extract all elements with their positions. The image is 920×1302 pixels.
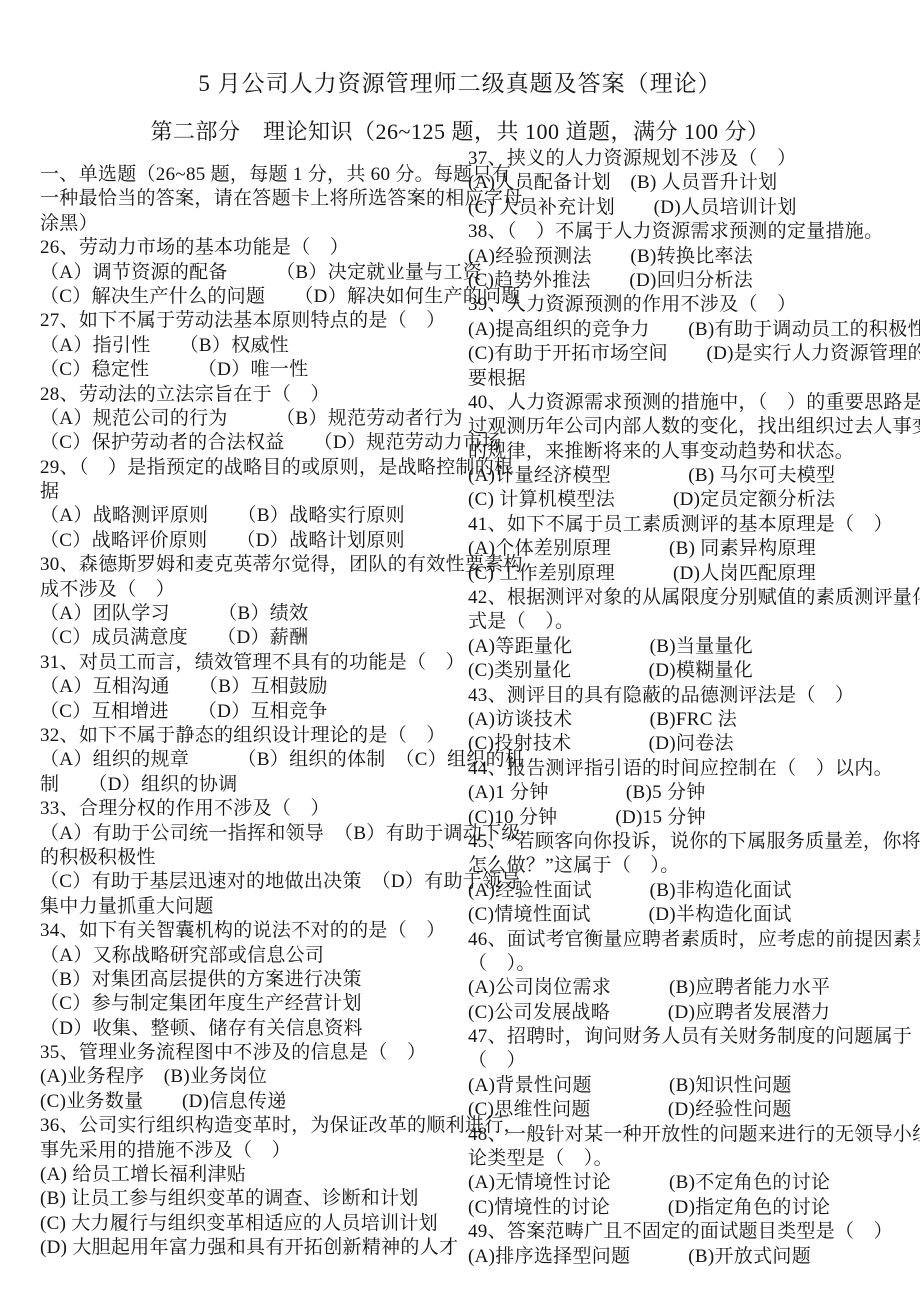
text-line: (A)提高组织的竞争力 (B)有助于调动员工的积极性 xyxy=(468,318,912,342)
text-line: (A)排序选择型问题 (B)开放式问题 xyxy=(468,1245,912,1269)
text-line: 29、（ ）是指预定的战略目的或原则，是战略控制的根 xyxy=(40,456,464,480)
text-line: 怎么做？”这属于（ ）。 xyxy=(468,854,912,878)
text-line: （A）指引性 （B）权威性 xyxy=(40,334,464,358)
text-line: 28、劳动法的立法宗旨在于（ ） xyxy=(40,383,464,407)
left-text-column: 一、单选题（26~85 题，每题 1 分，共 60 分。每题只有一种最恰当的答案… xyxy=(40,163,464,1261)
text-line: (C)投射技术 (D)问卷法 xyxy=(468,732,912,756)
text-line: 过观测历年公司内部人数的变化，找出组织过去人事变动 xyxy=(468,415,912,439)
text-line: (C)公司发展战略 (D)应聘者发展潜力 xyxy=(468,1001,912,1025)
text-line: (C)情境性的讨论 (D)指定角色的讨论 xyxy=(468,1196,912,1220)
text-line: 事先采用的措施不涉及（ ） xyxy=(40,1139,464,1163)
text-line: 涂黑） xyxy=(40,212,464,236)
text-line: (A)公司岗位需求 (B)应聘者能力水平 xyxy=(468,976,912,1000)
text-line: 论类型是（ ）。 xyxy=(468,1147,912,1171)
text-line: (C) 大力履行与组织变革相适应的人员培训计划 xyxy=(40,1212,464,1236)
text-line: （A）组织的规章 （B）组织的体制 （C）组织的机 xyxy=(40,748,464,772)
text-line: 34、如下有关智囊机构的说法不对的的是（ ） xyxy=(40,919,464,943)
text-line: (A)计量经济模型 (B) 马尔可夫模型 xyxy=(468,464,912,488)
text-line: （ ） xyxy=(468,1049,912,1073)
text-line: (A)经验预测法 (B)转换比率法 xyxy=(468,245,912,269)
text-line: 48、一般针对某一种开放性的问题来进行的无领导小组讨 xyxy=(468,1123,912,1147)
text-line: （A）调节资源的配备 （B）决定就业量与工资 xyxy=(40,261,464,285)
text-line: 一种最恰当的答案，请在答题卡上将所选答案的相应字母 xyxy=(40,187,464,211)
text-line: 31、对员工而言，绩效管理不具有的功能是（ ） xyxy=(40,651,464,675)
document-title: 5 月公司人力资源管理师二级真题及答案（理论） xyxy=(0,65,920,98)
exam-document-page: { "document": { "title": "5 月公司人力资源管理师二级… xyxy=(0,0,920,1302)
text-line: （C）保护劳动者的合法权益 （D）规范劳动力市场 xyxy=(40,431,464,455)
text-line: 37、挟义的人力资源规划不涉及（ ） xyxy=(468,147,912,171)
text-line: 44、报告测评指引语的时间应控制在（ ）以内。 xyxy=(468,757,912,781)
text-line: 36、公司实行组织构造变革时，为保证改革的顺利进行， xyxy=(40,1114,464,1138)
text-line: 集中力量抓重大问题 xyxy=(40,895,464,919)
text-line: (C)业务数量 (D)信息传递 xyxy=(40,1090,464,1114)
text-line: (A)访谈技术 (B)FRC 法 xyxy=(468,708,912,732)
document-subtitle: 第二部分 理论知识（26~125 题，共 100 道题，满分 100 分） xyxy=(0,115,920,146)
text-line: 47、招聘时，询问财务人员有关财务制度的问题属于 xyxy=(468,1025,912,1049)
text-line: （C）稳定性 （D）唯一性 xyxy=(40,358,464,382)
text-line: 要根据 xyxy=(468,367,912,391)
text-line: 41、如下不属于员工素质测评的基本原理是（ ） xyxy=(468,513,912,537)
text-line: （C）参与制定集团年度生产经营计划 xyxy=(40,992,464,1016)
text-line: 38、（ ）不属于人力资源需求预测的定量措施。 xyxy=(468,220,912,244)
text-line: 45、“若顾客向你投诉，说你的下属服务质量差，你将会 xyxy=(468,830,912,854)
text-line: (C)思维性问题 (D)经验性问题 xyxy=(468,1098,912,1122)
text-line: 成不涉及（ ） xyxy=(40,578,464,602)
text-line: 49、答案范畴广且不固定的面试题目类型是（ ） xyxy=(468,1220,912,1244)
text-line: 32、如下不属于静态的组织设计理论的是（ ） xyxy=(40,724,464,748)
text-line: (A)背景性问题 (B)知识性问题 xyxy=(468,1074,912,1098)
text-line: (A) 给员工增长福利津贴 xyxy=(40,1163,464,1187)
text-line: （A）战略测评原则 （B）战略实行原则 xyxy=(40,504,464,528)
text-line: （B）对集团高层提供的方案进行决策 xyxy=(40,968,464,992)
text-line: 式是（ ）。 xyxy=(468,610,912,634)
text-line: （C）互相增进 （D）互相竞争 xyxy=(40,700,464,724)
text-line: （A）有助于公司统一指挥和领导 （B）有助于调动下级 xyxy=(40,822,464,846)
text-line: 42、根据测评对象的从属限度分别赋值的素质测评量化形 xyxy=(468,586,912,610)
text-line: (C)有助于开拓市场空间 (D)是实行人力资源管理的重 xyxy=(468,342,912,366)
text-line: 一、单选题（26~85 题，每题 1 分，共 60 分。每题只有 xyxy=(40,163,464,187)
text-line: (C) 计算机模型法 (D)定员定额分析法 xyxy=(468,488,912,512)
text-line: (A)经验性面试 (B)非构造化面试 xyxy=(468,879,912,903)
text-line: 40、人力资源需求预测的措施中，（ ）的重要思路是通 xyxy=(468,391,912,415)
text-line: (A)个体差别原理 (B) 同素异构原理 xyxy=(468,537,912,561)
text-line: 46、面试考官衡量应聘者素质时，应考虑的前提因素是 xyxy=(468,928,912,952)
text-line: (C) 工作差别原理 (D)人岗匹配原理 xyxy=(468,562,912,586)
text-line: （A）团队学习 （B）绩效 xyxy=(40,602,464,626)
text-line: 制 （D）组织的协调 xyxy=(40,773,464,797)
text-line: (D) 大胆起用年富力强和具有开拓创新精神的人才 xyxy=(40,1236,464,1260)
text-line: (A)人员配备计划 (B) 人员晋升计划 xyxy=(468,171,912,195)
text-line: (A)无情境性讨论 (B)不定角色的讨论 xyxy=(468,1171,912,1195)
text-line: （C）战略评价原则 （D）战略计划原则 xyxy=(40,529,464,553)
text-line: （A）规范公司的行为 （B）规范劳动者行为 xyxy=(40,407,464,431)
text-line: (C)类别量化 (D)模糊量化 xyxy=(468,659,912,683)
text-line: (A)1 分钟 (B)5 分钟 xyxy=(468,781,912,805)
text-line: 27、如下不属于劳动法基本原则特点的是（ ） xyxy=(40,309,464,333)
text-line: (C) 人员补充计划 (D)人员培训计划 xyxy=(468,196,912,220)
text-line: 35、管理业务流程图中不涉及的信息是（ ） xyxy=(40,1041,464,1065)
text-line: 26、劳动力市场的基本功能是（ ） xyxy=(40,236,464,260)
text-line: 43、测评目的具有隐蔽的品德测评法是（ ） xyxy=(468,684,912,708)
text-line: （A）又称战略研究部或信息公司 xyxy=(40,944,464,968)
text-line: （ ）。 xyxy=(468,952,912,976)
right-text-column: 37、挟义的人力资源规划不涉及（ ）(A)人员配备计划 (B) 人员晋升计划(C… xyxy=(468,147,912,1269)
text-line: 据 xyxy=(40,480,464,504)
text-line: (A)等距量化 (B)当量量化 xyxy=(468,635,912,659)
text-line: （C）成员满意度 （D）薪酬 xyxy=(40,626,464,650)
text-line: 30、森德斯罗姆和麦克英蒂尔觉得，团队的有效性要素构 xyxy=(40,553,464,577)
text-line: (C)10 分钟 (D)15 分钟 xyxy=(468,806,912,830)
text-line: 的规律，来推断将来的人事变动趋势和状态。 xyxy=(468,440,912,464)
text-line: (C)情境性面试 (D)半构造化面试 xyxy=(468,903,912,927)
text-line: (C)趋势外推法 (D)回归分析法 xyxy=(468,269,912,293)
text-line: 33、合理分权的作用不涉及（ ） xyxy=(40,797,464,821)
text-line: （A）互相沟通 （B）互相鼓励 xyxy=(40,675,464,699)
text-line: （C）有助于基层迅速对的地做出决策 （D）有助于领导 xyxy=(40,870,464,894)
text-line: (A)业务程序 (B)业务岗位 xyxy=(40,1065,464,1089)
text-line: 的积极积极性 xyxy=(40,846,464,870)
text-line: （C）解决生产什么的问题 （D）解决如何生产的问题 xyxy=(40,285,464,309)
text-line: （D）收集、整顿、储存有关信息资料 xyxy=(40,1017,464,1041)
text-line: 39、人力资源预测的作用不涉及（ ） xyxy=(468,293,912,317)
text-line: (B) 让员工参与组织变革的调查、诊断和计划 xyxy=(40,1187,464,1211)
